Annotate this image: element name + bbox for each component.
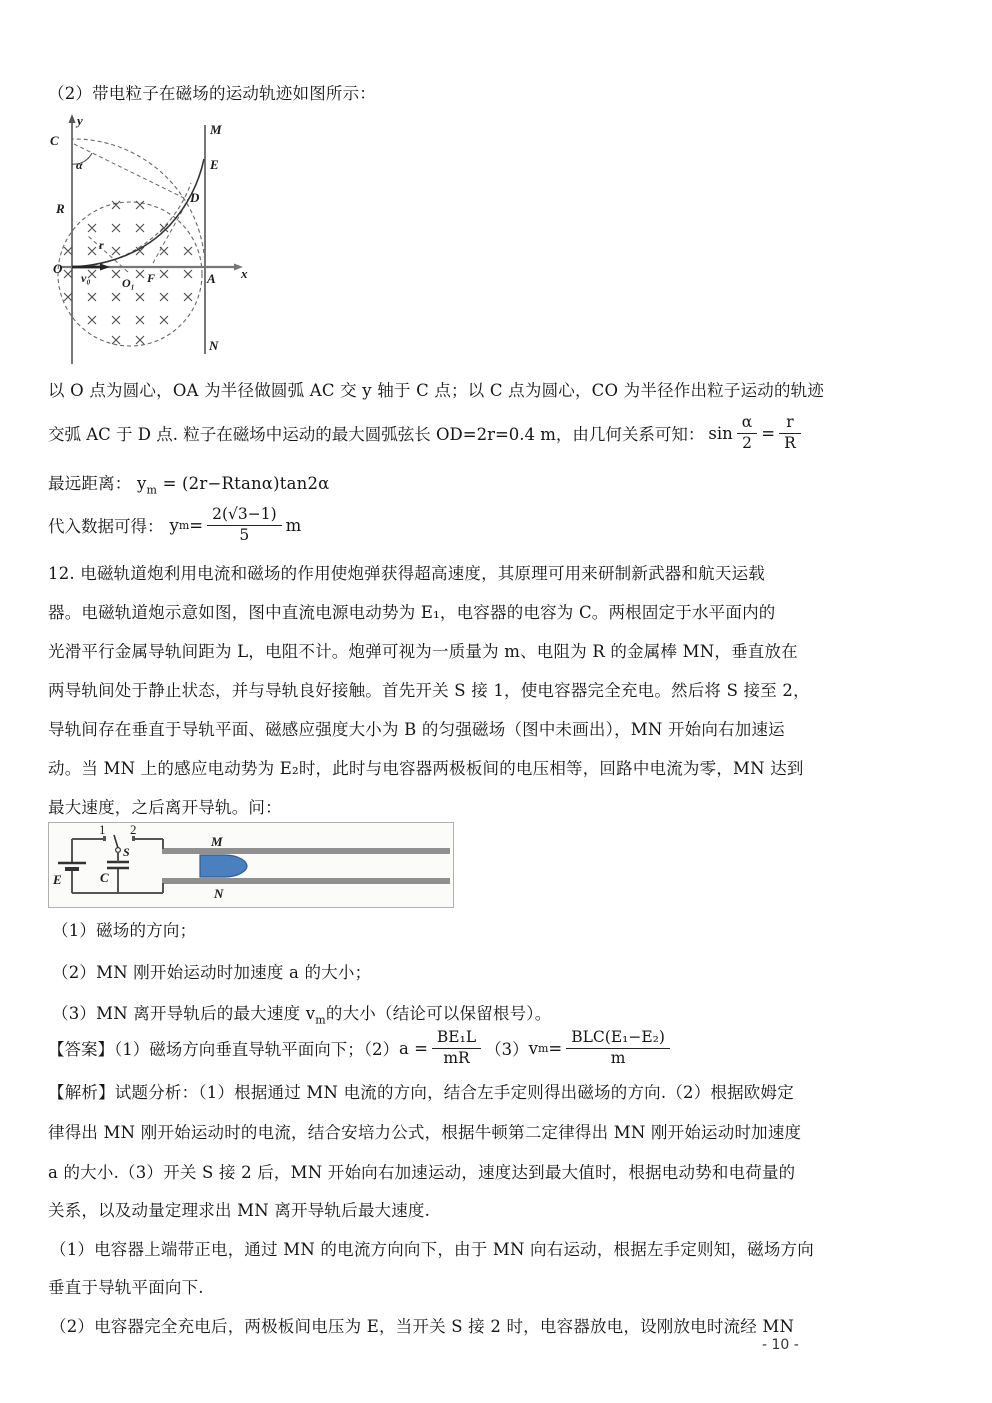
label-M: M <box>209 122 222 137</box>
substitute-line: 代入数据可得： ym = 2(√3−1)5 m <box>48 498 301 552</box>
page-number: - 10 - <box>762 1337 799 1353</box>
trajectory-svg: y x C α R O M E D A N O₁ F v₀ r <box>40 112 255 370</box>
label-contact-2: 2 <box>130 822 137 837</box>
answer-fraction-1: BE₁LmR <box>432 1029 481 1067</box>
label-O1: O₁ <box>122 276 135 290</box>
sub-y: y <box>170 516 179 535</box>
switch-pivot <box>116 848 121 853</box>
analysis-line: 律得出 MN 刚开始运动时的电流，结合安培力公式，根据牛顿第二定律得出 MN 刚… <box>48 1119 801 1143</box>
sin-fn: sin <box>708 424 732 443</box>
q12-line: 最大速度，之后离开导轨。问： <box>48 794 282 818</box>
answer-a-lhs: a = <box>399 1039 428 1058</box>
railgun-figure: 1 2 S E C M N <box>48 822 454 912</box>
label-battery-E: E <box>52 872 62 887</box>
label-y-axis: y <box>75 113 83 128</box>
label-v0: v₀ <box>81 271 91 285</box>
trajectory-figure: y x C α R O M E D A N O₁ F v₀ r <box>40 112 255 374</box>
q12-line: 器。电磁轨道炮示意如图，图中直流电源电动势为 E₁，电容器的电容为 C。两根固定… <box>48 599 775 623</box>
label-N: N <box>208 338 219 353</box>
arc-line2-text: 交弧 AC 于 D 点. 粒子在磁场中运动的最大圆弧弦长 OD=2r=0.4 m… <box>48 421 704 445</box>
answer-v-eq: = <box>548 1039 562 1058</box>
far-prefix: 最远距离： <box>48 474 132 493</box>
question-3-pre: （3）MN 离开导轨后的最大速度 v <box>52 1004 315 1023</box>
question-1: （1）磁场的方向； <box>52 917 196 941</box>
far-distance-line: 最远距离： ym = (2r−Rtanα)tan2α <box>48 470 330 496</box>
label-E: E <box>209 157 219 172</box>
analysis-line: 【解析】试题分析：（1）根据通过 MN 电流的方向，结合左手定则得出磁场的方向.… <box>48 1079 794 1103</box>
rail-N <box>162 878 450 884</box>
far-formula: = (2r−Rtanα)tan2α <box>157 474 329 493</box>
rail-M <box>162 848 450 854</box>
answer-fraction-2: BLC(E₁−E₂)m <box>566 1029 670 1067</box>
label-contact-1: 1 <box>99 822 106 837</box>
answer-line: 【答案】（1）磁场方向垂直导轨平面向下；（2） a = BE₁LmR （3） v… <box>48 1022 674 1074</box>
arc-paragraph-line2: 交弧 AC 于 D 点. 粒子在磁场中运动的最大圆弧弦长 OD=2r=0.4 m… <box>48 408 805 458</box>
sub-prefix: 代入数据可得： <box>48 513 164 537</box>
analysis-line: 关系，以及动量定理求出 MN 离开导轨后最大速度. <box>48 1197 430 1221</box>
q12-line: 动。当 MN 上的感应电动势为 E₂时，此时与电容器两极板间的电压相等，回路中电… <box>48 755 804 779</box>
railgun-svg: 1 2 S E C M N <box>48 822 454 908</box>
q12-line: 12. 电磁轨道炮利用电流和磁场的作用使炮弹获得超高速度，其原理可用来研制新武器… <box>48 560 765 584</box>
v0-arrow-head-icon <box>100 264 110 271</box>
sin-fraction: α2 <box>737 414 757 452</box>
answer-v: v <box>529 1039 538 1058</box>
ym-fraction: 2(√3−1)5 <box>207 506 282 544</box>
label-C: C <box>50 133 59 148</box>
arc-CO <box>72 183 191 267</box>
label-R: R <box>55 201 65 216</box>
field-region-circle <box>58 202 202 346</box>
sub-eq: = <box>189 516 203 535</box>
analysis-line: a 的大小.（3）开关 S 接 2 后，MN 开始向右加速运动，速度达到最大值时… <box>48 1159 795 1183</box>
answer-prefix: 【答案】（1）磁场方向垂直导轨平面向下；（2） <box>48 1036 399 1060</box>
q12-line: 两导轨间处于静止状态，并与导轨良好接触。首先开关 S 接 1，使电容器完全充电。… <box>48 677 810 701</box>
label-F: F <box>146 271 155 285</box>
label-alpha: α <box>76 158 83 172</box>
label-rail-N: N <box>213 886 224 901</box>
answer-mid: （3） <box>485 1036 529 1060</box>
label-O: O <box>53 261 63 276</box>
rR-fraction: rR <box>779 414 801 452</box>
explain1-line: 垂直于导轨平面向下. <box>48 1274 204 1298</box>
document-page: （2）带电粒子在磁场的运动轨迹如图所示： <box>0 0 992 1403</box>
arc-paragraph-line1: 以 O 点为圆心，OA 为半径做圆弧 AC 交 y 轴于 C 点；以 C 点为圆… <box>48 377 824 401</box>
answer-v-sub: m <box>538 1042 548 1055</box>
label-A: A <box>206 271 216 286</box>
far-y-sub: m <box>146 483 157 496</box>
sub-y-sub: m <box>179 519 189 532</box>
q12-line: 光滑平行金属导轨间距为 L，电阻不计。炮弹可视为一质量为 m、电阻为 R 的金属… <box>48 638 798 662</box>
label-x-axis: x <box>240 266 248 281</box>
y-axis-arrow-icon <box>69 114 76 123</box>
question-3-post: 的大小（结论可以保留根号）。 <box>326 1004 552 1023</box>
figure-frame <box>49 823 454 908</box>
sub-unit: m <box>286 516 302 535</box>
label-switch-S: S <box>123 845 130 859</box>
projectile-bullet <box>200 855 247 877</box>
explain2-line: （2）电容器完全充电后，两极板间电压为 E，当开关 S 接 2 时，电容器放电，… <box>50 1313 794 1337</box>
label-D: D <box>189 190 200 205</box>
sin-equals: = <box>761 424 775 443</box>
label-capacitor-C: C <box>100 870 109 885</box>
label-rail-M: M <box>210 834 223 849</box>
q12-line: 导轨间存在垂直于导轨平面、磁感应强度大小为 B 的匀强磁场（图中未画出），MN … <box>48 716 785 740</box>
intro-line: （2）带电粒子在磁场的运动轨迹如图所示： <box>48 80 376 104</box>
question-2: （2）MN 刚开始运动时加速度 a 的大小； <box>52 959 371 983</box>
explain1-line: （1）电容器上端带正电，通过 MN 的电流方向向下，由于 MN 向右运动，根据左… <box>50 1236 814 1260</box>
label-r: r <box>99 238 104 252</box>
